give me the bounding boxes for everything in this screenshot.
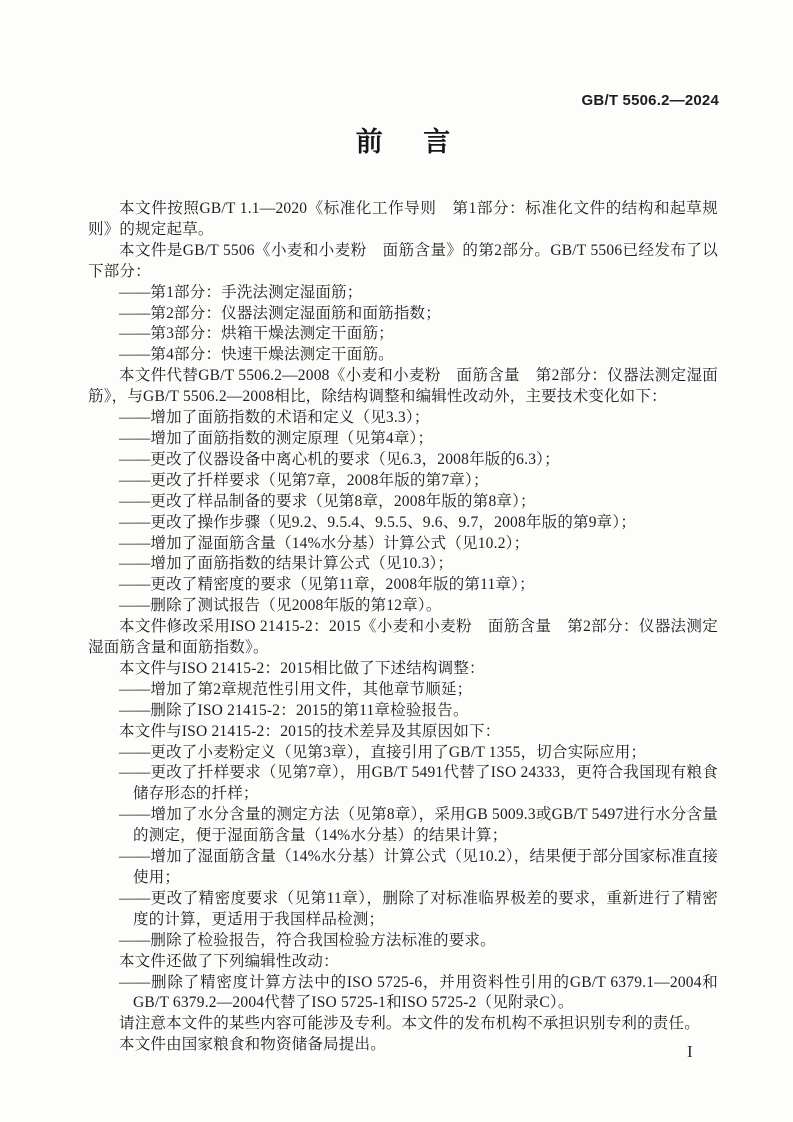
- dash-list-item: ——删除了ISO 21415-2：2015的第11章检验报告。: [88, 701, 718, 722]
- dash-list-item: ——第2部分：仪器法测定湿面筋和面筋指数；: [88, 304, 718, 325]
- dash-list-item: ——增加了湿面筋含量（14%水分基）计算公式（见10.2），结果便于部分国家标准…: [88, 847, 718, 889]
- paragraph: 本文件还做了下列编辑性改动：: [88, 952, 718, 973]
- dash-list-item: ——更改了扦样要求（见第7章），用GB/T 5491代替了ISO 24333，更…: [88, 763, 718, 805]
- page-title: 前 言: [88, 124, 718, 160]
- document-page: GB/T 5506.2—2024 前 言 本文件按照GB/T 1.1—2020《…: [0, 0, 793, 1122]
- paragraph: 本文件按照GB/T 1.1—2020《标准化工作导则 第1部分：标准化文件的结构…: [88, 199, 718, 241]
- dash-list-item: ——更改了操作步骤（见9.2、9.5.4、9.5.5、9.6、9.7，2008年…: [88, 513, 718, 534]
- paragraph: 本文件是GB/T 5506《小麦和小麦粉 面筋含量》的第2部分。GB/T 550…: [88, 241, 718, 283]
- dash-list-item: ——更改了精密度的要求（见第11章，2008年版的第11章）；: [88, 575, 718, 596]
- dash-list-item: ——增加了第2章规范性引用文件，其他章节顺延；: [88, 680, 718, 701]
- dash-list-item: ——增加了面筋指数的测定原理（见第4章）；: [88, 429, 718, 450]
- dash-list-item: ——增加了面筋指数的术语和定义（见3.3）；: [88, 408, 718, 429]
- dash-list-item: ——第3部分：烘箱干燥法测定干面筋；: [88, 324, 718, 345]
- dash-list-item: ——更改了扦样要求（见第7章，2008年版的第7章）；: [88, 471, 718, 492]
- paragraph: 本文件与ISO 21415-2：2015相比做了下述结构调整：: [88, 659, 718, 680]
- paragraph: 本文件由国家粮食和物资储备局提出。: [88, 1035, 718, 1056]
- dash-list-item: ——第4部分：快速干燥法测定干面筋。: [88, 345, 718, 366]
- standard-number: GB/T 5506.2—2024: [582, 92, 719, 109]
- dash-list-item: ——增加了湿面筋含量（14%水分基）计算公式（见10.2）；: [88, 534, 718, 555]
- dash-list-item: ——删除了测试报告（见2008年版的第12章）。: [88, 596, 718, 617]
- dash-list-item: ——第1部分：手洗法测定湿面筋；: [88, 283, 718, 304]
- dash-list-item: ——更改了小麦粉定义（见第3章），直接引用了GB/T 1355，切合实际应用；: [88, 743, 718, 764]
- dash-list-item: ——更改了样品制备的要求（见第8章，2008年版的第8章）；: [88, 492, 718, 513]
- paragraph: 本文件与ISO 21415-2：2015的技术差异及其原因如下：: [88, 722, 718, 743]
- dash-list-item: ——删除了检验报告，符合我国检验方法标准的要求。: [88, 931, 718, 952]
- dash-list-item: ——更改了仪器设备中离心机的要求（见6.3，2008年版的6.3）；: [88, 450, 718, 471]
- paragraph: 请注意本文件的某些内容可能涉及专利。本文件的发布机构不承担识别专利的责任。: [88, 1014, 718, 1035]
- dash-list-item: ——增加了面筋指数的结果计算公式（见10.3）；: [88, 554, 718, 575]
- page-number: I: [687, 1042, 693, 1062]
- foreword-body: 本文件按照GB/T 1.1—2020《标准化工作导则 第1部分：标准化文件的结构…: [88, 199, 718, 1056]
- dash-list-item: ——删除了精密度计算方法中的ISO 5725-6，并用资料性引用的GB/T 63…: [88, 973, 718, 1015]
- paragraph: 本文件代替GB/T 5506.2—2008《小麦和小麦粉 面筋含量 第2部分：仪…: [88, 366, 718, 408]
- paragraph: 本文件修改采用ISO 21415-2：2015《小麦和小麦粉 面筋含量 第2部分…: [88, 617, 718, 659]
- dash-list-item: ——增加了水分含量的测定方法（见第8章），采用GB 5009.3或GB/T 54…: [88, 805, 718, 847]
- dash-list-item: ——更改了精密度要求（见第11章），删除了对标准临界极差的要求，重新进行了精密度…: [88, 889, 718, 931]
